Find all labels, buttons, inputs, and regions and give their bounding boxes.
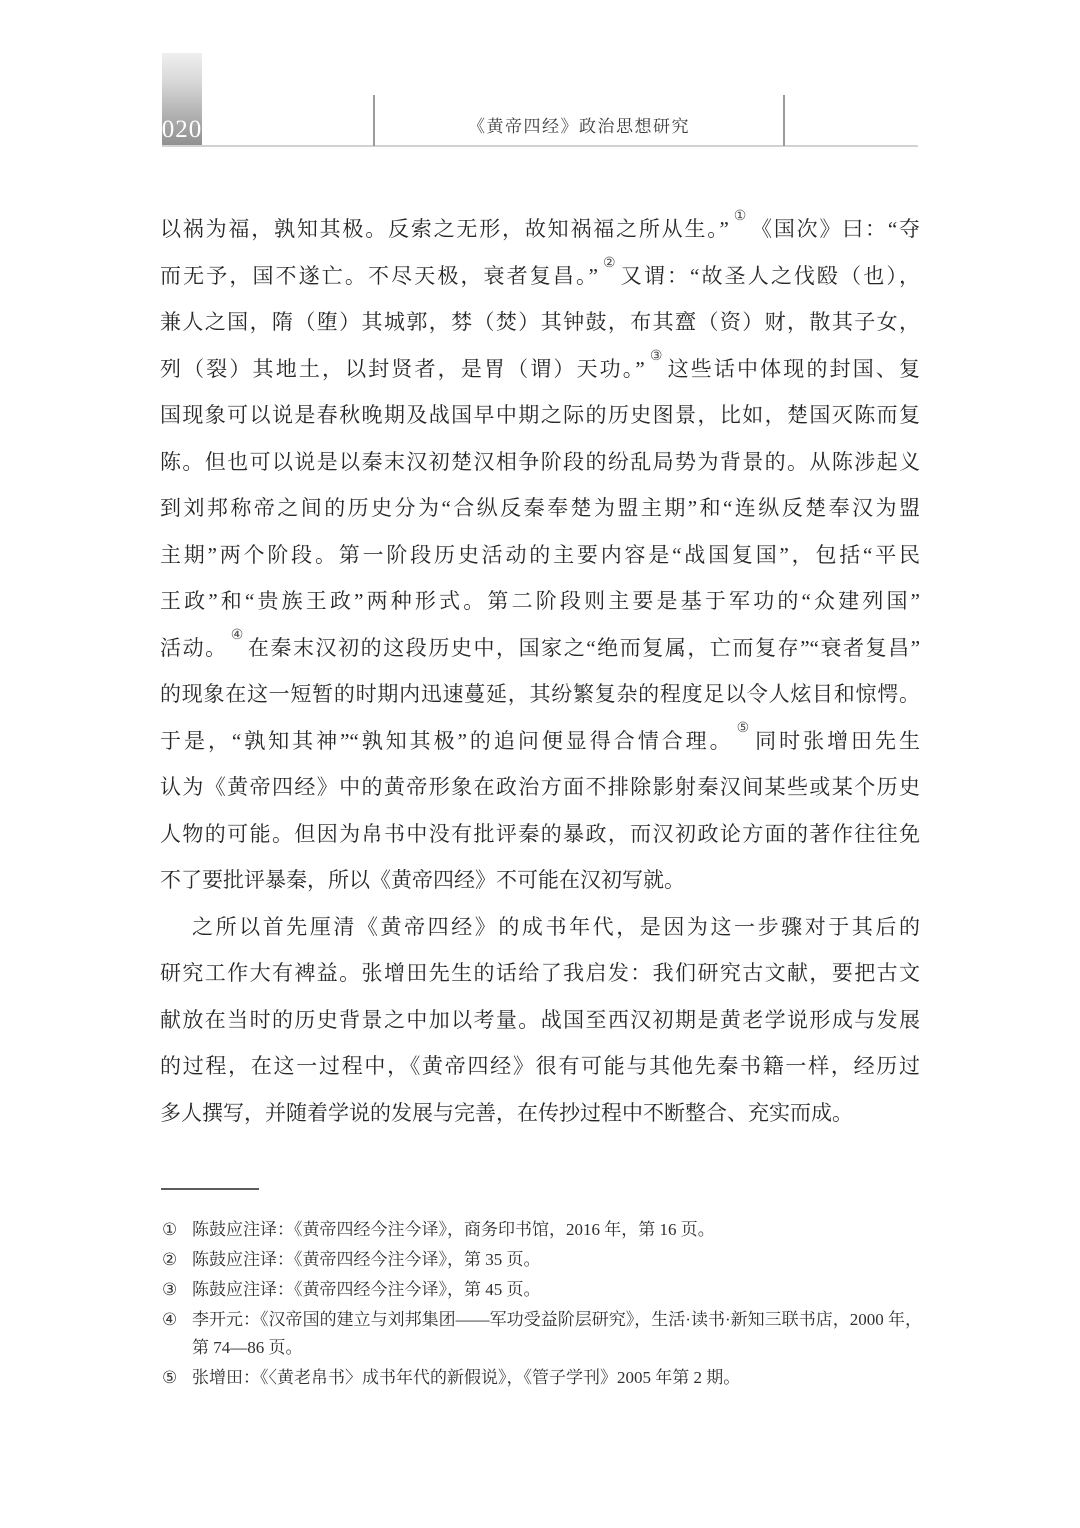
running-title: 《黄帝四经》政治思想研究: [373, 112, 785, 137]
body-line: 不了要批评暴秦，所以《黄帝四经》不可能在汉初写就。: [160, 857, 920, 904]
footnote-marker: ⑤: [162, 1364, 192, 1392]
footnote-marker: ②: [162, 1246, 192, 1274]
body-line: 到刘邦称帝之间的历史分为“合纵反秦奉楚为盟主期”和“连纵反楚奉汉为盟: [160, 485, 920, 532]
body-line: 献放在当时的历史背景之中加以考量。战国至西汉初期是黄老学说形成与发展: [160, 997, 920, 1044]
footnote-item: ④李开元：《汉帝国的建立与刘邦集团——军功受益阶层研究》，生活·读书·新知三联书…: [162, 1306, 922, 1362]
footnote-text: 陈鼓应注译：《黄帝四经今注今译》，第 35 页。: [192, 1246, 922, 1274]
footnotes: ①陈鼓应注译：《黄帝四经今注今译》，商务印书馆，2016 年，第 16 页。②陈…: [162, 1216, 922, 1394]
footnote-item: ③陈鼓应注译：《黄帝四经今注今译》，第 45 页。: [162, 1276, 922, 1304]
footnote-ref: ④: [231, 628, 245, 643]
body-line: 研究工作大有裨益。张增田先生的话给了我启发：我们研究古文献，要把古文: [160, 950, 920, 997]
body-line: 陈。但也可以说是以秦末汉初楚汉相争阶段的纷乱局势为背景的。从陈涉起义: [160, 439, 920, 486]
body-line: 王政”和“贵族王政”两种形式。第二阶段则主要是基于军功的“众建列国”: [160, 578, 920, 625]
body-line: 活动。④在秦末汉初的这段历史中，国家之“绝而复属，亡而复存”“衰者复昌”: [160, 625, 920, 672]
body-line: 列（裂）其地土，以封贤者，是胃（谓）天功。”③这些话中体现的封国、复: [160, 346, 920, 393]
body-line: 多人撰写，并随着学说的发展与完善，在传抄过程中不断整合、充实而成。: [160, 1090, 920, 1137]
footnote-separator: [161, 1188, 259, 1190]
footnote-text: 陈鼓应注译：《黄帝四经今注今译》，第 45 页。: [192, 1276, 922, 1304]
footnote-item: ⑤张增田：《〈黄老帛书〉成书年代的新假说》，《管子学刊》2005 年第 2 期。: [162, 1364, 922, 1392]
footnote-marker: ④: [162, 1306, 192, 1362]
body-line: 的过程，在这一过程中，《黄帝四经》很有可能与其他先秦书籍一样，经历过: [160, 1043, 920, 1090]
body-line: 主期”两个阶段。第一阶段历史活动的主要内容是“战国复国”，包括“平民: [160, 532, 920, 579]
footnote-marker: ①: [162, 1216, 192, 1244]
body-line: 之所以首先厘清《黄帝四经》的成书年代，是因为这一步骤对于其后的: [160, 904, 920, 951]
body-line: 而无予，国不遂亡。不尽天极，衰者复昌。”②又谓：“故圣人之伐殹（也），: [160, 253, 920, 300]
header-rule: [162, 145, 918, 147]
footnote-text: 张增田：《〈黄老帛书〉成书年代的新假说》，《管子学刊》2005 年第 2 期。: [192, 1364, 922, 1392]
footnote-text: 陈鼓应注译：《黄帝四经今注今译》，商务印书馆，2016 年，第 16 页。: [192, 1216, 922, 1244]
footnote-item: ②陈鼓应注译：《黄帝四经今注今译》，第 35 页。: [162, 1246, 922, 1274]
page-number-bar: 020: [162, 53, 202, 146]
page-number: 020: [162, 117, 203, 146]
body-line: 国现象可以说是春秋晚期及战国早中期之际的历史图景，比如，楚国灭陈而复: [160, 392, 920, 439]
footnote-ref: ⑤: [737, 721, 753, 736]
body-text: 以祸为福，孰知其极。反索之无形，故知祸福之所从生。”①《国次》曰：“夺而无予，国…: [160, 206, 920, 1136]
body-line: 认为《黄帝四经》中的黄帝形象在政治方面不排除影射秦汉间某些或某个历史: [160, 764, 920, 811]
body-line: 于是，“孰知其神”“孰知其极”的追问便显得合情合理。⑤同时张增田先生: [160, 718, 920, 765]
body-line: 以祸为福，孰知其极。反索之无形，故知祸福之所从生。”①《国次》曰：“夺: [160, 206, 920, 253]
body-line: 兼人之国，隋（堕）其城郭，棼（焚）其钟鼓，布其齍（资）财，散其子女，: [160, 299, 920, 346]
footnote-ref: ③: [648, 349, 665, 364]
footnote-ref: ①: [732, 209, 748, 224]
footnote-text: 李开元：《汉帝国的建立与刘邦集团——军功受益阶层研究》，生活·读书·新知三联书店…: [192, 1306, 922, 1362]
body-line: 的现象在这一短暂的时期内迅速蔓延，其纷繁复杂的程度足以令人炫目和惊愕。: [160, 671, 920, 718]
body-line: 人物的可能。但因为帛书中没有批评秦的暴政，而汉初政论方面的著作往往免: [160, 811, 920, 858]
footnote-item: ①陈鼓应注译：《黄帝四经今注今译》，商务印书馆，2016 年，第 16 页。: [162, 1216, 922, 1244]
footnote-ref: ②: [601, 256, 618, 271]
book-page: 020 《黄帝四经》政治思想研究 以祸为福，孰知其极。反索之无形，故知祸福之所从…: [0, 0, 1080, 1528]
footnote-marker: ③: [162, 1276, 192, 1304]
